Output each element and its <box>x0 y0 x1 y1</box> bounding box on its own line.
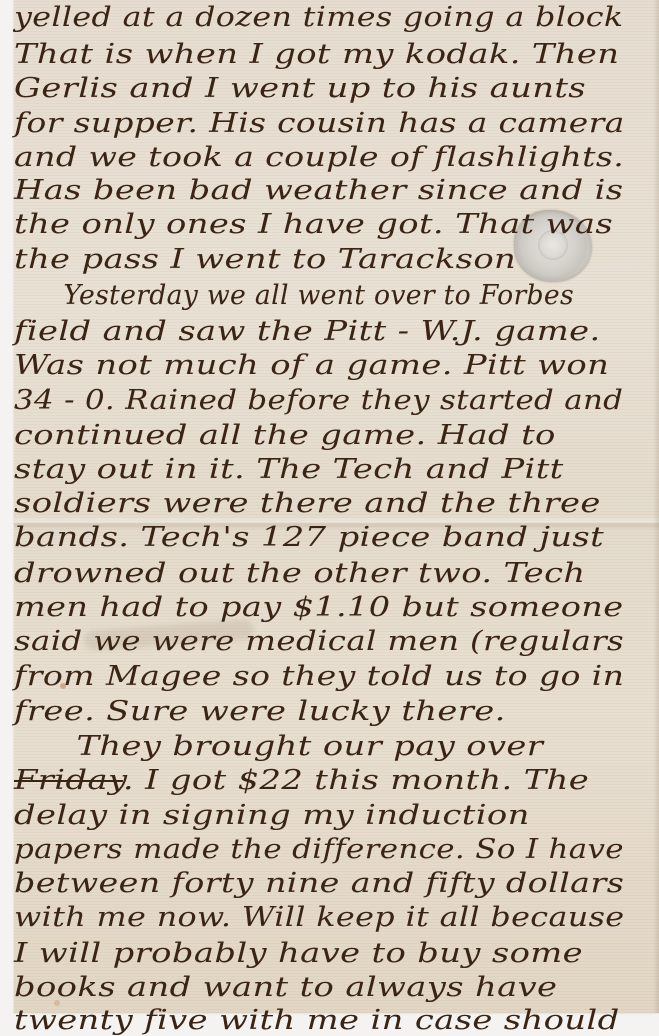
letter-line: men had to pay $1.10 but someone <box>14 592 623 623</box>
letter-line: Was not much of a game. Pitt won <box>14 350 609 381</box>
letter-line: Gerlis and I went up to his aunts <box>14 73 586 104</box>
letter-line: Has been bad weather since and is <box>14 175 623 206</box>
paper-edge-shadow <box>653 0 659 1013</box>
letter-line: stay out in it. The Tech and Pitt <box>14 454 564 485</box>
letter-line: soldiers were there and the three <box>14 488 601 519</box>
letter-line: Yesterday we all went over to Forbes <box>14 280 574 311</box>
letter-line: 34 - 0. Rained before they started and <box>14 385 623 416</box>
letter-line: delay in signing my induction <box>14 800 530 831</box>
letter-line: They brought our pay over <box>14 731 543 762</box>
letter-line: free. Sure were lucky there. <box>14 696 506 727</box>
letter-line: said we were medical men (regulars <box>14 626 624 657</box>
letter-line: papers made the difference. So I have <box>14 834 624 865</box>
letter-line: continued all the game. Had to <box>14 420 556 451</box>
struck-word: Friday <box>14 765 123 796</box>
letter-line: the pass I went to Tarackson <box>14 244 516 275</box>
letter-line: drowned out the other two. Tech <box>14 558 586 589</box>
letter-line: for supper. His cousin has a camera <box>14 108 625 139</box>
letter-line: I will probably have to buy some <box>14 938 583 969</box>
letter-line: with me now. Will keep it all because <box>14 902 624 933</box>
letter-line: twenty five with me in case should <box>14 1005 620 1023</box>
letter-line: and we took a couple of flashlights. <box>14 142 624 173</box>
letter-line: from Magee so they told us to go in <box>14 661 624 692</box>
letter-line: between forty nine and fifty dollars <box>14 868 624 899</box>
letter-line: Friday. I got $22 this month. The <box>14 765 589 796</box>
letter-line: bands. Tech's 127 piece band just <box>14 522 604 553</box>
letter-line: books and want to always have <box>14 972 557 1003</box>
letter-line: That is when I got my kodak. Then <box>14 39 619 70</box>
letter-line: field and saw the Pitt - W.J. game. <box>14 316 601 347</box>
letter-line: the only ones I have got. That was <box>14 209 613 240</box>
letter-line: yelled at a dozen times going a block <box>14 2 623 33</box>
